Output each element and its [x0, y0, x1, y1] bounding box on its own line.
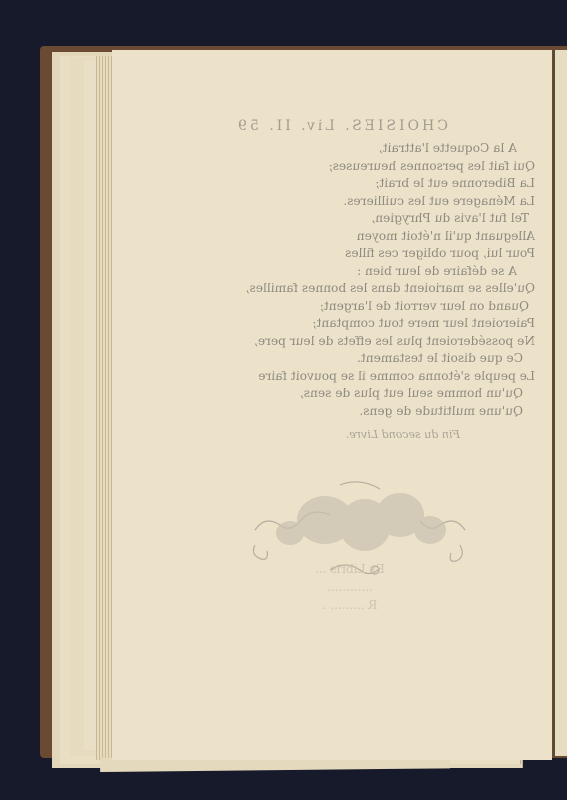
poem-verses: A la Coquette l'attrait,Qui fait les per…	[235, 140, 535, 420]
verse-line: Le peuple s'étonna comme il se pouvoit f…	[235, 368, 535, 386]
verse-line: La Ménagere eut les cuillieres.	[235, 193, 535, 211]
verse-line: Ne posséderoient plus les effets de leur…	[235, 333, 535, 351]
verse-line: Qu'une multitude de gens.	[235, 403, 535, 421]
closing-line: Fin du second Livre.	[300, 428, 460, 441]
verse-line: Tel fut l'avis du Phrygien,	[235, 210, 535, 228]
verse-line: Qu'elles se marioient dans les bonnes fa…	[235, 280, 535, 298]
verse-line: Qui fait les personnes heureuses;	[235, 158, 535, 176]
verse-line: Paieroient leur mere tout comptant;	[235, 315, 535, 333]
show-through-text: Ex Libris ... ............ R ......... .	[200, 560, 500, 614]
verse-line: A la Coquette l'attrait,	[235, 140, 535, 158]
verse-line: La Biberonne eut le brait;	[235, 175, 535, 193]
verse-line: A se défaire de leur bien :	[235, 263, 535, 281]
verse-line: Quand on leur verroit de l'argent;	[235, 298, 535, 316]
verse-line: Alleguant qu'il n'étoit moyen	[235, 228, 535, 246]
verse-line: Ce que disoit le testament.	[235, 350, 535, 368]
verse-line: Qu'un homme seul eut plus de sens,	[235, 385, 535, 403]
running-header: CHOISIES. Liv. II. 59	[235, 118, 560, 134]
facing-page-edge	[553, 50, 567, 756]
verse-line: Pour lui, pour obliger ces filles	[235, 245, 535, 263]
